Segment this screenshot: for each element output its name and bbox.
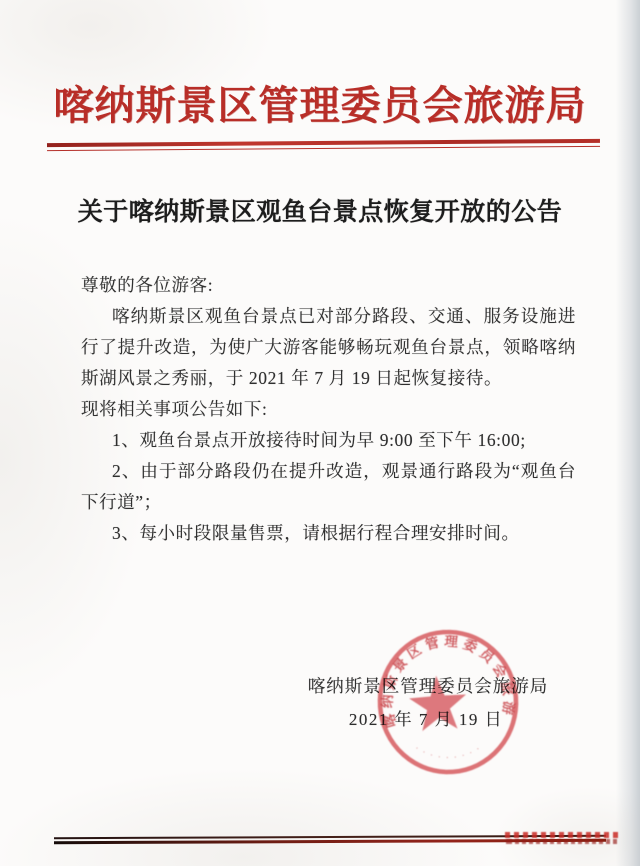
pixelated-red-watermark — [505, 831, 619, 846]
notice-title: 关于喀纳斯景区观鱼台景点恢复开放的公告 — [0, 192, 640, 228]
letterhead-title: 喀纳斯景区管理委员会旅游局 — [0, 74, 640, 131]
letterhead-divider — [47, 139, 600, 151]
svg-text:· · · · · · · · ·: · · · · · · · · · — [413, 739, 484, 764]
notice-item-3: 3、每小时段限量售票，请根据行程合理安排时间。 — [81, 518, 576, 549]
lead-in-line: 现将相关事项公告如下: — [81, 394, 576, 425]
official-red-seal-icon: 喀纳斯景区管理委员会旅游局 · · · · · · · · · — [366, 620, 530, 784]
notice-item-2: 2、由于部分路段仍在提升改造，观景通行路段为“观鱼台下行道”； — [81, 456, 576, 518]
intro-paragraph: 喀纳斯景区观鱼台景点已对部分路段、交通、服务设施进行了提升改造，为使广大游客能够… — [81, 301, 576, 394]
salutation: 尊敬的各位游客: — [81, 270, 576, 301]
scanned-notice-document: 喀纳斯景区管理委员会旅游局 关于喀纳斯景区观鱼台景点恢复开放的公告 尊敬的各位游… — [0, 0, 640, 866]
notice-body: 尊敬的各位游客: 喀纳斯景区观鱼台景点已对部分路段、交通、服务设施进行了提升改造… — [81, 270, 576, 549]
notice-item-1: 1、观鱼台景点开放接待时间为早 9:00 至下午 16:00; — [81, 425, 576, 456]
seal-bottom-marks: · · · · · · · · · — [413, 739, 484, 764]
seal-star-icon — [408, 674, 469, 732]
